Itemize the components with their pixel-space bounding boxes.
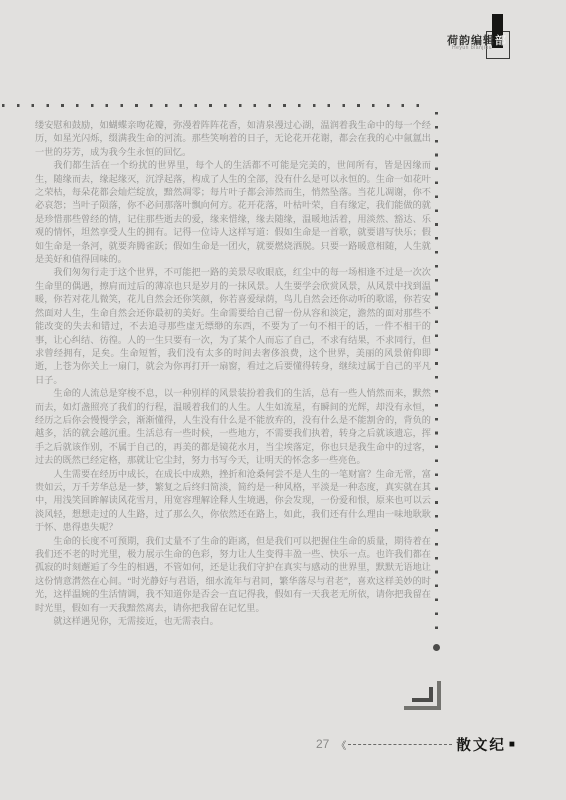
corner-bracket-inner-icon [412, 687, 433, 702]
document-page: 荷韵编辑部 Heyun bianjibu 缕安慰和鼓励，如蝴蝶亲吻花瓣，弥漫着阵… [0, 0, 566, 800]
paragraph-6: 生命的长度不可预期，我们丈量不了生命的距离，但是我们可以把握住生命的质量，期待着… [35, 535, 431, 615]
paragraph-2: 我们都生活在一个纷扰的世界里，每个人的生活都不可能是完美的，世间所有，皆是因缘而… [35, 159, 431, 266]
dotted-rule-end-dot [433, 644, 440, 651]
dashed-rule [348, 744, 452, 745]
essay-body: 缕安慰和鼓励，如蝴蝶亲吻花瓣，弥漫着阵阵花香，如清泉漫过心湖，温润着我生命中的每… [35, 119, 431, 628]
publisher-name-suffix: 部 [495, 35, 507, 47]
page-footer: 27 《 散文纪 ■ [316, 735, 515, 753]
paragraph-3: 我们匆匆行走于这个世界，不可能把一路的美景尽收眼底，红尘中的每一场相逢不过是一次… [35, 266, 431, 387]
paragraph-7: 就这样遇见你，无需接近，也无需表白。 [35, 615, 431, 628]
footer-square-icon: ■ [509, 739, 515, 750]
paragraph-5: 人生需要在经历中成长，在成长中成熟，挫折和沧桑何尝不是人生的一笔财富？生命无常，… [35, 468, 431, 535]
guillemet-icon: 《 [336, 737, 346, 752]
paragraph-4: 生命的人流总是穿梭不息，以一种别样的风景装扮着我们的生活，总有一些人悄然而来，默… [35, 387, 431, 467]
section-title: 散文纪 [456, 734, 506, 755]
page-number: 27 [316, 737, 329, 751]
dotted-rule-horizontal [2, 104, 429, 107]
dotted-rule-vertical [435, 112, 438, 638]
paragraph-1: 缕安慰和鼓励，如蝴蝶亲吻花瓣，弥漫着阵阵花香，如清泉漫过心湖，温润着我生命中的每… [35, 119, 431, 159]
publisher-subtitle: Heyun bianjibu [452, 45, 492, 51]
